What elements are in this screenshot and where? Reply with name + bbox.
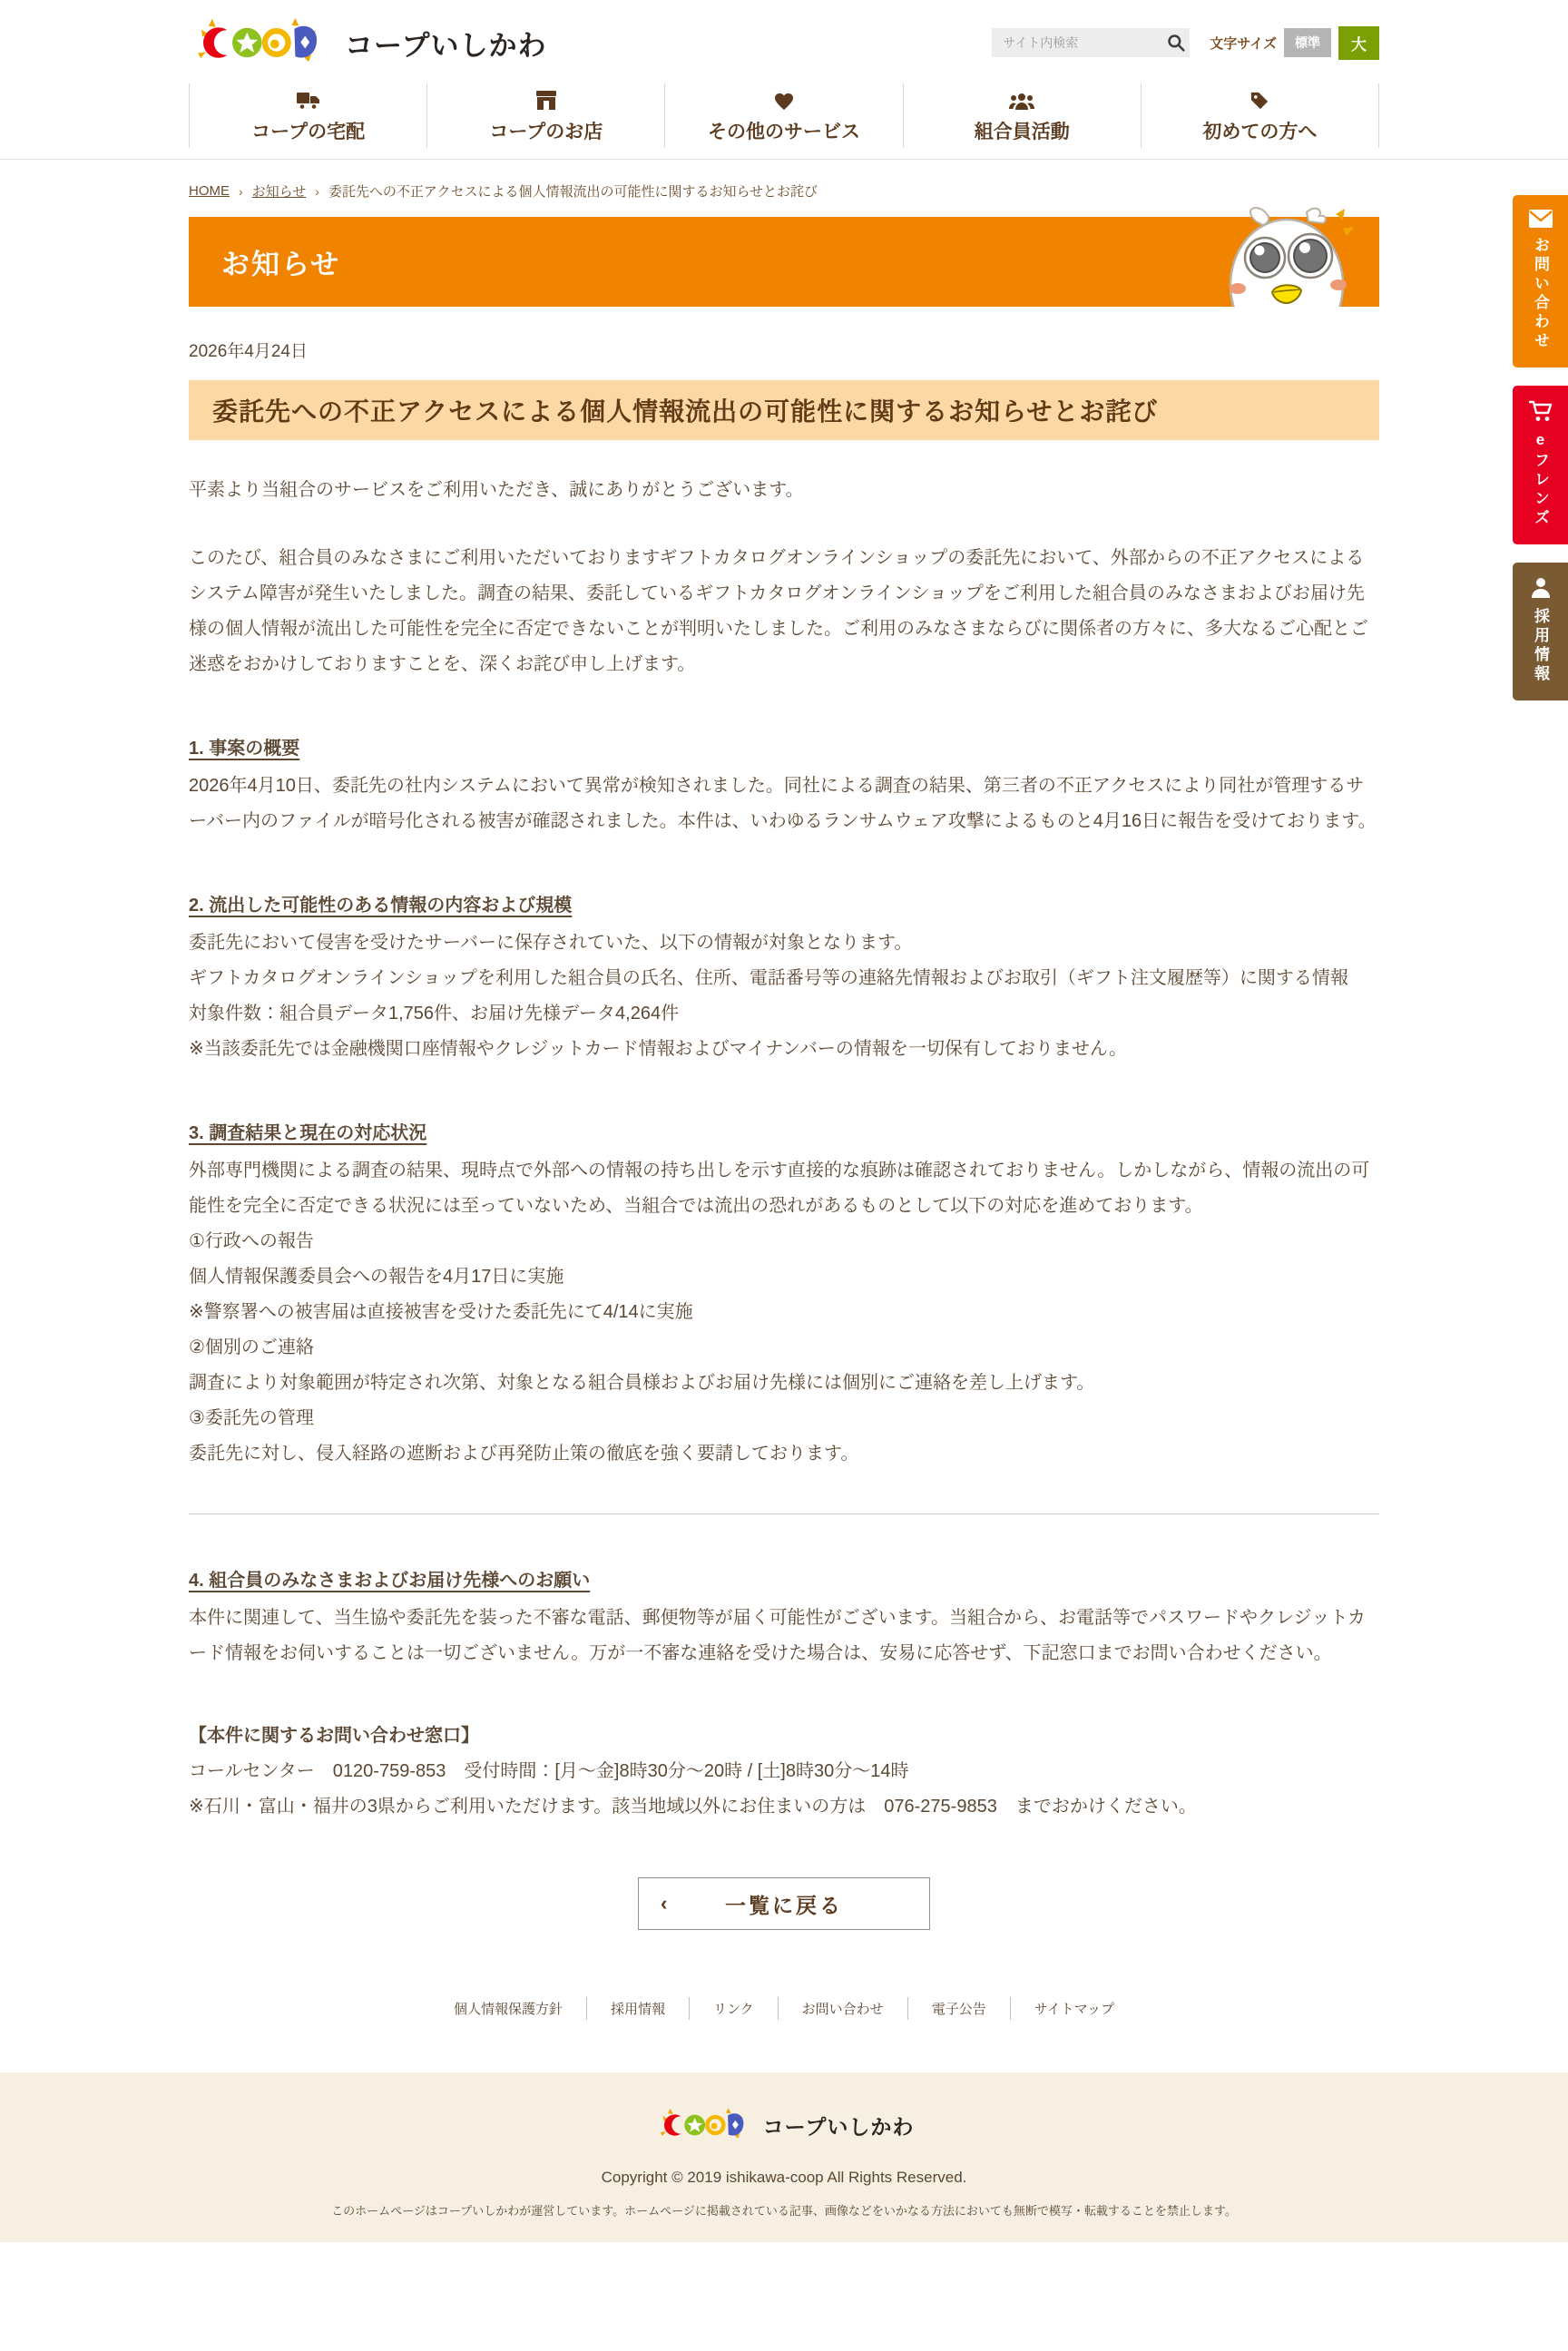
contact-phone-line: コールセンター 0120-759-853 受付時間：[月〜金]8時30分〜20時…: [189, 1754, 1379, 1789]
section-heading: 3. 調査結果と現在の対応状況: [189, 1118, 1379, 1144]
nav-item-delivery[interactable]: コープの宅配: [189, 83, 426, 148]
footer-link-links[interactable]: リンク: [689, 1997, 778, 2020]
side-tab-label: 採用情報: [1529, 608, 1552, 684]
contact-note-line: ※石川・富山・福井の3県からご利用いただけます。該当地域以外にお住まいの方は 0…: [189, 1789, 1379, 1825]
section-line: 委託先において侵害を受けたサーバーに保存されていた、以下の情報が対象となります。: [189, 926, 1379, 961]
font-size-control: 文字サイズ 標準 大: [1210, 26, 1379, 60]
footer-link-recruit[interactable]: 採用情報: [586, 1997, 689, 2020]
section-line: 2026年4月10日、委託先の社内システムにおいて異常が検知されました。同社によ…: [189, 769, 1379, 839]
section-line: ①行政への報告: [189, 1224, 1379, 1259]
section-line: 委託先に対し、侵入経路の遮断および再発防止策の徹底を強く要請しております。: [189, 1436, 1379, 1472]
contact-window: 【本件に関するお問い合わせ窓口】 コールセンター 0120-759-853 受付…: [189, 1719, 1379, 1825]
copyright-text: Copyright © 2019 ishikawa-coop All Right…: [0, 2169, 1568, 2187]
font-size-label: 文字サイズ: [1210, 34, 1277, 53]
breadcrumb: HOME › お知らせ › 委託先への不正アクセスによる個人情報流出の可能性に関…: [189, 181, 1379, 201]
font-size-standard-button[interactable]: 標準: [1284, 28, 1331, 57]
search-input[interactable]: [1003, 35, 1167, 50]
nav-item-beginners[interactable]: 初めての方へ: [1141, 83, 1379, 148]
page-banner: お知らせ: [189, 217, 1379, 307]
section-line: 本件に関連して、当生協や委託先を装った不審な電話、郵便物等が届く可能性がございま…: [189, 1601, 1379, 1671]
article-title: 委託先への不正アクセスによる個人情報流出の可能性に関するお知らせとお詫び: [189, 380, 1379, 440]
section-divider: [189, 1513, 1379, 1514]
cart-icon: [1529, 400, 1553, 422]
font-size-large-button[interactable]: 大: [1338, 26, 1379, 60]
section-line: ※警察署への被害届は直接被害を受けた委託先にて4/14に実施: [189, 1295, 1379, 1330]
breadcrumb-news-link[interactable]: お知らせ: [252, 181, 307, 201]
footer-link-notice[interactable]: 電子公告: [907, 1997, 1010, 2020]
breadcrumb-separator: ›: [239, 184, 243, 199]
disclaimer-text: このホームページはコープいしかわが運営しています。ホームページに掲載されている記…: [0, 2201, 1568, 2219]
site-footer: コープいしかわ Copyright © 2019 ishikawa-coop A…: [0, 2072, 1568, 2242]
section-overview: 1. 事案の概要 2026年4月10日、委託先の社内システムにおいて異常が検知さ…: [189, 733, 1379, 839]
chevron-left-icon: ‹: [661, 1892, 667, 1915]
search-button[interactable]: [1167, 34, 1185, 52]
nav-label: その他のサービス: [708, 117, 860, 144]
breadcrumb-current: 委託先への不正アクセスによる個人情報流出の可能性に関するお知らせとお詫び: [328, 181, 818, 201]
section-heading: 1. 事案の概要: [189, 733, 1379, 759]
footer-link-privacy[interactable]: 個人情報保護方針: [430, 1997, 586, 2020]
site-name: コープいしかわ: [345, 23, 546, 64]
search-icon: [1167, 34, 1185, 52]
footer-logo[interactable]: コープいしかわ: [0, 2105, 1568, 2145]
site-logo[interactable]: コープいしかわ: [189, 15, 546, 71]
nav-label: 組合員活動: [975, 117, 1070, 144]
tag-icon: [1249, 89, 1269, 111]
section-heading: 2. 流出した可能性のある情報の内容および規模: [189, 890, 1379, 916]
side-tabs: お問い合わせ eフレンズ 採用情報: [1513, 195, 1568, 700]
nav-label: 初めての方へ: [1202, 117, 1317, 144]
side-tab-efriends[interactable]: eフレンズ: [1513, 386, 1568, 544]
section-leaked-info: 2. 流出した可能性のある情報の内容および規模 委託先において侵害を受けたサーバ…: [189, 890, 1379, 1067]
section-line: 調査により対象範囲が特定され次第、対象となる組合員様およびお届け先様には個別にご…: [189, 1366, 1379, 1401]
nav-label: コープの宅配: [251, 117, 365, 144]
nav-label: コープのお店: [489, 117, 603, 144]
footer-site-name: コープいしかわ: [763, 2111, 915, 2140]
intro-paragraph: 平素より当組合のサービスをご利用いただき、誠にありがとうございます。: [189, 473, 1379, 508]
section-line: ②個別のご連絡: [189, 1330, 1379, 1366]
intro-paragraph: このたび、組合員のみなさまにご利用いただいておりますギフトカタログオンラインショ…: [189, 541, 1379, 682]
site-search: [992, 28, 1190, 57]
white-bird-mascot-icon: [1220, 205, 1356, 307]
footer-links: 個人情報保護方針 採用情報 リンク お問い合わせ 電子公告 サイトマップ: [189, 1997, 1379, 2072]
coop-logo-icon: [654, 2105, 754, 2145]
section-heading: 4. 組合員のみなさまおよびお届け先様へのお願い: [189, 1565, 1379, 1592]
main-nav: コープの宅配 コープのお店 その他のサービス: [189, 80, 1379, 159]
back-button-label: 一覧に戻る: [725, 1889, 843, 1919]
coop-logo-icon: [189, 15, 332, 71]
contact-heading: 【本件に関するお問い合わせ窓口】: [189, 1719, 1379, 1754]
people-icon: [1009, 89, 1034, 111]
header-divider: [0, 159, 1568, 160]
side-tab-label: お問い合わせ: [1529, 237, 1552, 351]
section-line: 対象件数：組合員データ1,756件、お届け先様データ4,264件: [189, 996, 1379, 1032]
footer-link-contact[interactable]: お問い合わせ: [778, 1997, 907, 2020]
back-to-list-button[interactable]: ‹ 一覧に戻る: [638, 1877, 930, 1930]
main-content: HOME › お知らせ › 委託先への不正アクセスによる個人情報流出の可能性に関…: [189, 181, 1379, 2072]
section-line: ※当該委託先では金融機関口座情報やクレジットカード情報およびマイナンバーの情報を…: [189, 1032, 1379, 1067]
side-tab-label: eフレンズ: [1529, 431, 1552, 528]
section-request: 4. 組合員のみなさまおよびお届け先様へのお願い 本件に関連して、当生協や委託先…: [189, 1565, 1379, 1671]
nav-item-store[interactable]: コープのお店: [426, 83, 664, 148]
mail-icon: [1529, 210, 1553, 228]
nav-item-services[interactable]: その他のサービス: [664, 83, 902, 148]
section-line: ③委託先の管理: [189, 1401, 1379, 1436]
section-investigation: 3. 調査結果と現在の対応状況 外部専門機関による調査の結果、現時点で外部への情…: [189, 1118, 1379, 1472]
truck-icon: [297, 89, 320, 111]
site-header: コープいしかわ 文字サイズ 標準 大: [0, 0, 1568, 160]
section-line: ギフトカタログオンラインショップを利用した組合員の氏名、住所、電話番号等の連絡先…: [189, 961, 1379, 996]
side-tab-recruit[interactable]: 採用情報: [1513, 563, 1568, 700]
breadcrumb-home-link[interactable]: HOME: [189, 183, 230, 199]
footer-link-sitemap[interactable]: サイトマップ: [1010, 1997, 1138, 2020]
breadcrumb-separator: ›: [315, 184, 319, 199]
side-tab-contact[interactable]: お問い合わせ: [1513, 195, 1568, 367]
store-icon: [535, 89, 557, 111]
page-title: お知らせ: [189, 241, 340, 282]
person-icon: [1531, 577, 1551, 599]
heart-icon: [774, 89, 794, 111]
section-line: 個人情報保護委員会への報告を4月17日に実施: [189, 1259, 1379, 1295]
nav-item-members[interactable]: 組合員活動: [903, 83, 1141, 148]
article-date: 2026年4月24日: [189, 338, 1379, 362]
section-line: 外部専門機関による調査の結果、現時点で外部への情報の持ち出しを示す直接的な痕跡は…: [189, 1153, 1379, 1224]
